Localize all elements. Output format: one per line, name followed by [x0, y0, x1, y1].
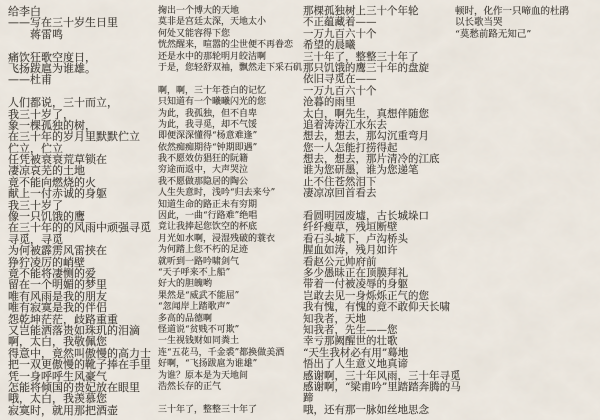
- poem-line: 啊，啊，三十年苍白的记忆: [158, 86, 302, 97]
- poem-line: 沧暮的雨里: [303, 97, 461, 108]
- poem-line: 何处又能容得下您: [158, 29, 302, 40]
- poem-line: [8, 40, 151, 51]
- poem-line: 三十年了，整整三十年了: [158, 405, 302, 416]
- poem-line: 我不愿做那隐居的陶公: [158, 177, 302, 188]
- poem-line: 把一双更傲慢的靴子捧在手里: [8, 359, 151, 370]
- poem-line: 好啊，“飞扬跋扈为谁雄”: [158, 359, 302, 370]
- poem-line: 于是，您轻舒双袖，飘然走下采石矶: [158, 63, 302, 74]
- poem-line: 幸亏那阙醒世的壮歌: [303, 336, 461, 347]
- poem-line: 为何踏上您不朽的足迹: [158, 245, 302, 256]
- poem-line: 在三十年的岁月里默默伫立: [8, 131, 151, 142]
- poem-line: 蹄: [303, 393, 461, 404]
- poem-line: 浩然长存的正气: [158, 382, 302, 393]
- poem-line: 竟让我捧起您饮空的杯底: [158, 222, 302, 233]
- poem-line: 莫非是宫廷太深，天地太小: [158, 17, 302, 28]
- poem-line: 蒋雷鸣: [8, 29, 151, 40]
- poem-line: 哦，太白，我羡慕您: [8, 393, 151, 404]
- poem-line: 为何被霹雳风雷挟在: [8, 245, 151, 256]
- poem-line: 好大的胆魄哟: [158, 279, 302, 290]
- poem-line: 我有愧，有愧的竟不敢仰天长啸: [303, 302, 461, 313]
- poem-line: 因此，一曲“行路难”绝唱: [158, 211, 302, 222]
- poem-column-1: 给李白——写在三十岁生日里 蒋雷鸣痛饮狂歌空度日，飞扬跋扈为谁雄。——杜甫人们都…: [8, 6, 151, 416]
- poem-line: 寂寞时，就用那把酒壶: [8, 405, 151, 416]
- poem-line: 为此，我孤独，但不自卑: [158, 109, 302, 120]
- poem-column-4: 顿时，化作一只啼血的杜鹃以长歌当哭“莫愁前路无知己”: [455, 6, 569, 40]
- poem-column-3: 那棵孤独树上三十个年轮不正蕴藏着——一万九百六十个希望的晨曦三十年了，整整三十年…: [303, 6, 461, 416]
- poem-line: 唯有寂寞是我的伴侣: [8, 302, 151, 313]
- poem-line: 啊，太白，我敬佩您: [8, 336, 151, 347]
- poem-line: 穷途而返中，大声哭泣: [158, 165, 302, 176]
- poem-line: 只知道有一个曦曦闪光的您: [158, 97, 302, 108]
- poem-line: 月光如水啊，浸湿残破的蓑衣: [158, 234, 302, 245]
- poem-column-2: 掬出一个博大的天地莫非是宫廷太深，天地太小何处又能容得下您恍然醒来，喧嚣的尘世便…: [158, 6, 302, 416]
- poem-line: 还是水中的那轮明月皎洁啊: [158, 52, 302, 63]
- poem-line: 怪道说“贫贱不可欺”: [158, 325, 302, 336]
- poem-line: [158, 74, 302, 85]
- poem-line: 即便深深懂得“杨意难逢”: [158, 131, 302, 142]
- poem-line: 希望的晨曦: [303, 40, 461, 51]
- poem-line: 就听到一路吟啸剑气: [158, 257, 302, 268]
- poem-line: 连“五花马，千金裘”都换做美酒: [158, 348, 302, 359]
- poem-line: 感谢啊，“梁甫吟”里踏踏奔腾的马: [303, 382, 461, 393]
- poem-line: 悟出了人生意义地真谛: [303, 359, 461, 370]
- poem-line: “忽闻岸上踏歌声”: [158, 302, 302, 313]
- poem-line: 知道生命的路正未有穷期: [158, 200, 302, 211]
- poem-line: ——杜甫: [8, 74, 151, 85]
- poem-line: 腥血如涛，残月如许: [303, 245, 461, 256]
- poem-line: 依然痴痴期待“钟期即遇”: [158, 143, 302, 154]
- poem-line: 想去，想去，那勾沉重弯月: [303, 131, 461, 142]
- poem-line: 果然是“威武不能屈”: [158, 291, 302, 302]
- poem-line: 为此，我寻觅，却不气馁: [158, 120, 302, 131]
- poem-line: 人生失意时，浅吟“归去来兮”: [158, 188, 302, 199]
- poem-line: 为谁？原本是为天地间: [158, 371, 302, 382]
- poem-line: 哦，还有那一脉如丝地思念: [303, 405, 461, 416]
- poem-line: 一生视钱财如同粪土: [158, 336, 302, 347]
- poem-line: “莫愁前路无知己”: [455, 29, 569, 40]
- poem-line: “天子呼来不上船”: [158, 268, 302, 279]
- poem-line: 多高的品德啊: [158, 314, 302, 325]
- poem-line: 掬出一个博大的天地: [158, 6, 302, 17]
- poem-line: 以长歌当哭: [455, 17, 569, 28]
- poem-line: 凄凉凉回首看去: [303, 188, 461, 199]
- poem-line: 人们都说，三十而立，: [8, 97, 151, 108]
- poem-line: [158, 393, 302, 404]
- poem-line: 献上一付赤诚的身躯: [8, 188, 151, 199]
- poem-line: 我不愿效仿猖狂的阮籍: [158, 154, 302, 165]
- poem-line: 顿时，化作一只啼血的杜鹃: [455, 6, 569, 17]
- poem-line: 恍然醒来，喧嚣的尘世便不再眷恋: [158, 40, 302, 51]
